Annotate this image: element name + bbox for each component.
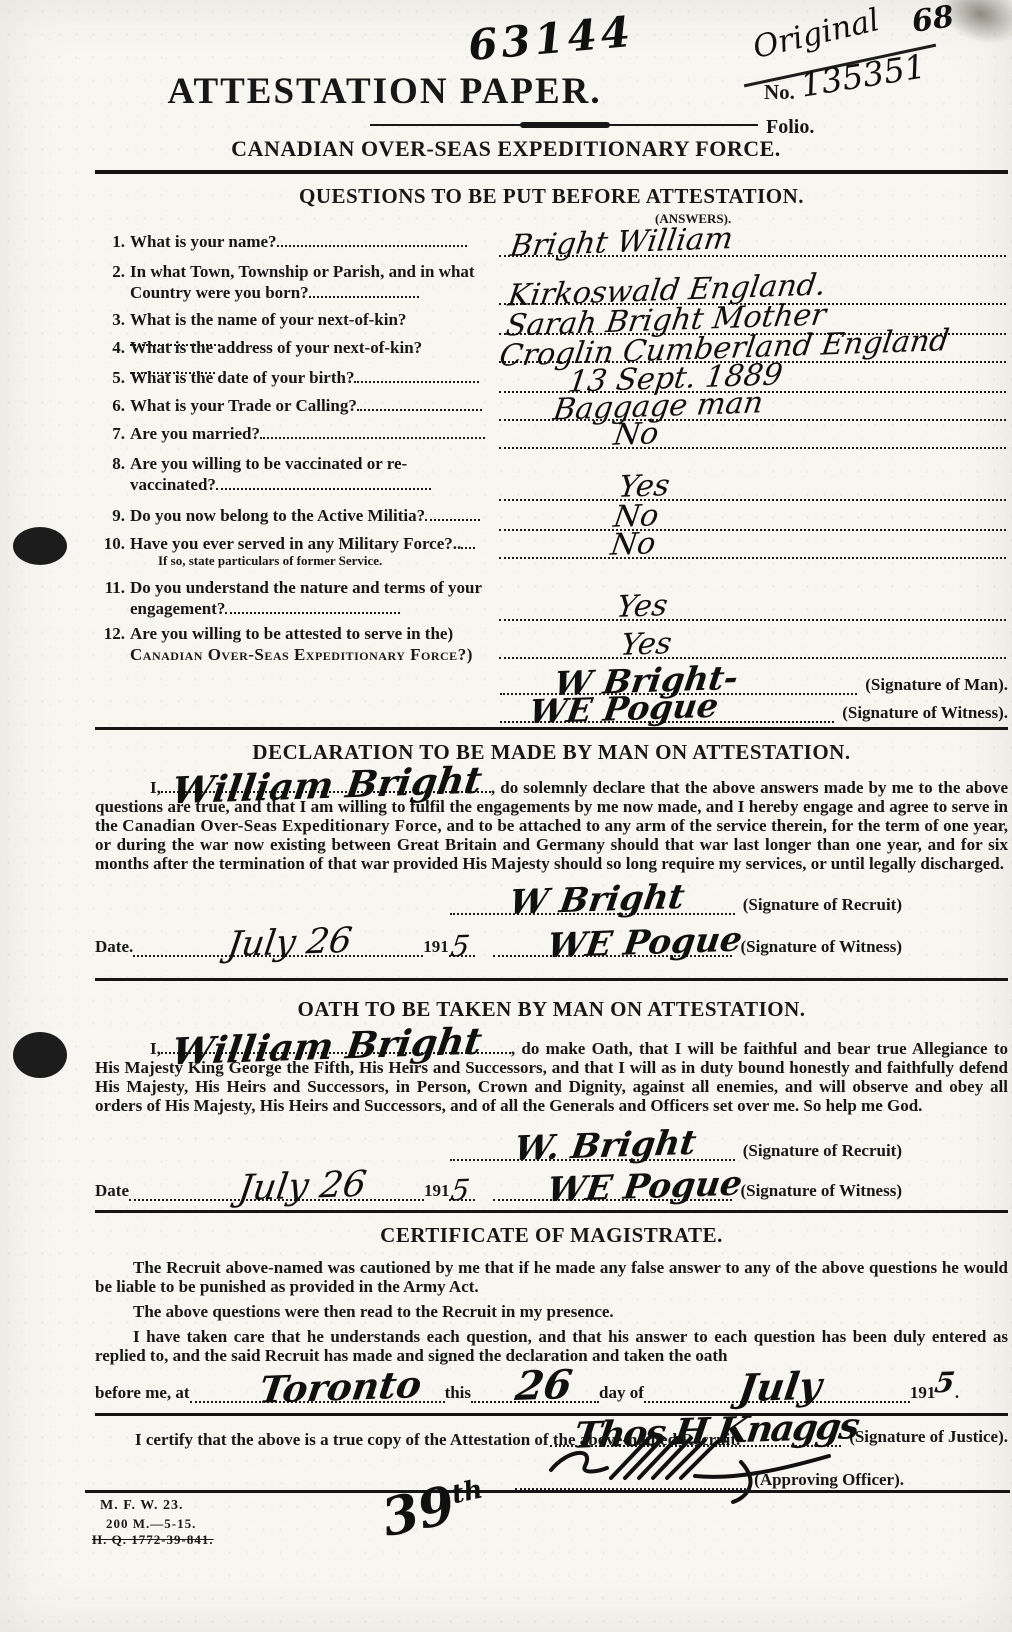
footer-rule bbox=[85, 1490, 1010, 1493]
question-text: What is the date of your birth? bbox=[130, 368, 354, 387]
declaration-paragraph: I,William Bright, do solemnly declare th… bbox=[95, 777, 1008, 873]
question-cell: 9.Do you now belong to the Active Militi… bbox=[95, 505, 493, 526]
dotted-leader bbox=[225, 599, 400, 614]
section-rule bbox=[95, 978, 1008, 981]
witness-signature-label: (Signature of Witness). bbox=[842, 703, 1008, 723]
lead-i: I, bbox=[95, 778, 161, 797]
dotted-leader bbox=[277, 232, 467, 247]
handwritten-regimental-number: 135351 bbox=[798, 46, 929, 104]
certificate-p2-text: The above questions were then read to th… bbox=[133, 1302, 614, 1321]
handwritten-date: July 26 bbox=[225, 921, 355, 965]
handwritten-answer: Yes bbox=[618, 626, 674, 663]
question-text: What is your Trade or Calling? bbox=[130, 396, 357, 415]
recruit-signature-line[interactable]: W. Bright bbox=[450, 1135, 735, 1161]
question-cell: 6.What is your Trade or Calling? bbox=[95, 395, 493, 416]
handwritten-answer: Bright William bbox=[508, 221, 735, 264]
handwritten-month: July bbox=[735, 1363, 824, 1411]
question-row: 9.Do you now belong to the Active Militi… bbox=[95, 505, 1008, 533]
recruit-signature: W. Bright bbox=[512, 1123, 699, 1169]
oath-paragraph: I,William Bright, do make Oath, that I w… bbox=[95, 1038, 1008, 1115]
answer-dotted-line bbox=[499, 499, 1006, 501]
certificate-p3: I have taken care that he understands ea… bbox=[95, 1327, 1008, 1365]
no-label: No. bbox=[764, 80, 795, 105]
witness-signature-line[interactable]: WE Pogue bbox=[500, 697, 834, 723]
year-printed: 191 bbox=[424, 1181, 450, 1201]
question-cell: 7.Are you married? bbox=[95, 423, 493, 444]
question-cell: 8.Are you willing to be vaccinated or re… bbox=[95, 453, 493, 495]
questions-list: 1.What is your name? Bright William 2.In… bbox=[95, 231, 1008, 667]
handwritten-answer: No bbox=[608, 526, 658, 563]
certify-section: I certify that the above is a true copy … bbox=[95, 1413, 1008, 1490]
question-row: 10.Have you ever served in any Military … bbox=[95, 533, 1008, 577]
question-text: What is your name? bbox=[130, 232, 277, 251]
question-note: If so, state particulars of former Servi… bbox=[158, 554, 493, 568]
this-label: this bbox=[445, 1383, 471, 1403]
question-row: 4.What is the address of your next-of-ki… bbox=[95, 337, 1008, 367]
dotted-leader bbox=[216, 475, 431, 490]
question-number: 4. bbox=[95, 337, 125, 358]
print-run-code: 200 M.—5-15. bbox=[106, 1516, 196, 1532]
force-name-bold: Canadian Over-Seas Expeditionary Force, bbox=[122, 816, 442, 835]
certificate-p2: The above questions were then read to th… bbox=[95, 1302, 1008, 1321]
question-number: 5. bbox=[95, 367, 125, 388]
questions-section: QUESTIONS TO BE PUT BEFORE ATTESTATION. … bbox=[95, 170, 1008, 723]
certificate-blanks-row: before me, at Toronto this 26 day of Jul… bbox=[95, 1373, 1008, 1403]
recruit-signature: W Bright bbox=[507, 877, 687, 923]
declaration-date-row: Date. July 26 191 5 WE Pogue (Signature … bbox=[95, 931, 1008, 957]
answer-dotted-line bbox=[499, 557, 1006, 559]
date-label: Date bbox=[95, 1181, 129, 1201]
certificate-heading: CERTIFICATE OF MAGISTRATE. bbox=[95, 1223, 1008, 1248]
year-line[interactable]: 5 bbox=[449, 1177, 475, 1201]
dotted-leader bbox=[425, 506, 480, 521]
approving-signature-line[interactable] bbox=[515, 1464, 746, 1490]
witness-signature-row: WE Pogue (Signature of Witness). bbox=[95, 695, 1008, 723]
question-number: 12. bbox=[95, 623, 125, 644]
year-printed: 191 bbox=[423, 937, 449, 957]
dotted-leader bbox=[357, 396, 482, 411]
form-code: M. F. W. 23. bbox=[100, 1498, 183, 1514]
day-line[interactable]: 26 bbox=[471, 1379, 599, 1403]
period: . bbox=[955, 1383, 959, 1403]
handwritten-answer: No bbox=[611, 416, 661, 453]
oath-heading: OATH TO BE TAKEN BY MAN ON ATTESTATION. bbox=[95, 997, 1008, 1022]
question-number: 3. bbox=[95, 309, 125, 330]
witness-signature-line[interactable]: WE Pogue bbox=[493, 1177, 732, 1201]
question-cell: 1.What is your name? bbox=[95, 231, 493, 252]
document-header: 63144 68 Original ATTESTATION PAPER. No.… bbox=[0, 0, 1012, 170]
question-row: 12.Are you willing to be attested to ser… bbox=[95, 623, 1008, 667]
question-text: What is the name of your next-of-kin? bbox=[130, 310, 406, 329]
section-rule bbox=[95, 727, 1008, 730]
question-cell: 12.Are you willing to be attested to ser… bbox=[95, 623, 493, 665]
question-cell: 5.What is the date of your birth? bbox=[95, 367, 493, 388]
place-line[interactable]: Toronto bbox=[190, 1379, 445, 1403]
recruit-signature-label: (Signature of Recruit) bbox=[743, 895, 902, 915]
question-text: What is the address of your next-of-kin? bbox=[130, 338, 422, 357]
oath-name-line[interactable]: William Bright bbox=[161, 1038, 511, 1054]
question-number: 11. bbox=[95, 577, 125, 598]
handwritten-year-digit: 5 bbox=[448, 929, 471, 964]
approving-signature-row: (Approving Officer). bbox=[95, 1460, 1008, 1490]
section-rule bbox=[95, 1210, 1008, 1213]
question-row: 8.Are you willing to be vaccinated or re… bbox=[95, 453, 1008, 505]
day-of-label: day of bbox=[599, 1383, 644, 1403]
declaration-name-line[interactable]: William Bright bbox=[161, 777, 491, 793]
oath-section: OATH TO BE TAKEN BY MAN ON ATTESTATION. … bbox=[95, 978, 1008, 1201]
attestation-paper-scan: 63144 68 Original ATTESTATION PAPER. No.… bbox=[0, 0, 1012, 1632]
dotted-leader bbox=[354, 368, 479, 383]
question-number: 9. bbox=[95, 505, 125, 526]
before-me-label: before me, at bbox=[95, 1383, 190, 1403]
handwritten-date: July 26 bbox=[236, 1164, 369, 1209]
question-text: Are you willing to be attested to serve … bbox=[130, 624, 453, 643]
question-text: Have you ever served in any Military For… bbox=[130, 534, 461, 553]
witness-signature: WE Pogue bbox=[544, 920, 744, 967]
witness-signature-line[interactable]: WE Pogue bbox=[493, 933, 733, 957]
witness-signature: WE Pogue bbox=[527, 686, 721, 732]
question-row: 2.In what Town, Township or Parish, and … bbox=[95, 261, 1008, 309]
force-subtitle: CANADIAN OVER-SEAS EXPEDITIONARY FORCE. bbox=[0, 136, 1012, 162]
oath-date-row: Date July 26 191 5 WE Pogue (Signature o… bbox=[95, 1175, 1008, 1201]
question-cell: 11.Do you understand the nature and term… bbox=[95, 577, 493, 619]
unit-number-suffix: th bbox=[449, 1474, 485, 1510]
declaration-recruit-signature-row: W Bright (Signature of Recruit) bbox=[95, 887, 1008, 915]
year-line[interactable]: 5 bbox=[449, 933, 475, 957]
dotted-leader bbox=[260, 424, 485, 439]
certificate-p1: The Recruit above-named was cautioned by… bbox=[95, 1258, 1008, 1296]
declaration-heading: DECLARATION TO BE MADE BY MAN ON ATTESTA… bbox=[95, 740, 1008, 765]
witness-signature-label: (Signature of Witness) bbox=[740, 937, 902, 957]
question-cell: 2.In what Town, Township or Parish, and … bbox=[95, 261, 493, 303]
recruit-signature-line[interactable]: W Bright bbox=[450, 889, 735, 915]
unit-number: 39 bbox=[377, 1474, 460, 1549]
question-text: In what Town, Township or Parish, and in… bbox=[130, 262, 475, 302]
date-line[interactable]: July 26 bbox=[129, 1177, 424, 1201]
man-signature-label: (Signature of Man). bbox=[865, 675, 1008, 695]
certificate-p1-text: The Recruit above-named was cautioned by… bbox=[95, 1258, 1008, 1296]
question-number: 6. bbox=[95, 395, 125, 416]
handwritten-declarant-name: William Bright bbox=[171, 771, 483, 801]
handwritten-corner-number: 68 bbox=[910, 0, 956, 40]
question-text: Do you now belong to the Active Militia? bbox=[130, 506, 425, 525]
recruit-signature-label: (Signature of Recruit) bbox=[743, 1141, 902, 1161]
handwritten-oath-name: William Bright bbox=[171, 1032, 483, 1062]
hole-punch-top bbox=[13, 527, 67, 565]
declaration-section: DECLARATION TO BE MADE BY MAN ON ATTESTA… bbox=[95, 727, 1008, 957]
handwritten-day: 26 bbox=[513, 1361, 576, 1410]
question-number: 1. bbox=[95, 231, 125, 252]
date-label: Date. bbox=[95, 937, 133, 957]
witness-signature-label: (Signature of Witness) bbox=[740, 1181, 902, 1201]
year-printed: 191 bbox=[910, 1383, 936, 1403]
lead-i: I, bbox=[95, 1039, 161, 1058]
oath-recruit-signature-row: W. Bright (Signature of Recruit) bbox=[95, 1133, 1008, 1161]
question-number: 2. bbox=[95, 261, 125, 282]
question-text: Are you married? bbox=[130, 424, 260, 443]
dotted-leader bbox=[461, 534, 475, 549]
question-number: 7. bbox=[95, 423, 125, 444]
question-row: 1.What is your name? Bright William bbox=[95, 231, 1008, 261]
certificate-section: CERTIFICATE OF MAGISTRATE. The Recruit a… bbox=[95, 1210, 1008, 1447]
answer-dotted-line bbox=[499, 619, 1006, 621]
handwritten-year-digit: 5 bbox=[933, 1366, 957, 1400]
handwritten-answer: Yes bbox=[614, 588, 670, 625]
handwritten-place: Toronto bbox=[256, 1362, 424, 1412]
witness-signature: WE Pogue bbox=[545, 1164, 745, 1211]
answer-dotted-line bbox=[499, 447, 1006, 449]
question-number: 8. bbox=[95, 453, 125, 474]
question-cell: 10.Have you ever served in any Military … bbox=[95, 533, 493, 568]
hole-punch-bottom bbox=[13, 1032, 67, 1078]
answer-dotted-line bbox=[499, 529, 1006, 531]
question-row: 6.What is your Trade or Calling? Baggage… bbox=[95, 395, 1008, 423]
question-row: 11.Do you understand the nature and term… bbox=[95, 577, 1008, 623]
page-title: ATTESTATION PAPER. bbox=[0, 70, 769, 113]
handwritten-year-digit: 5 bbox=[449, 1173, 472, 1208]
section-rule bbox=[95, 1413, 1008, 1416]
certificate-p3-text: I have taken care that he understands ea… bbox=[95, 1327, 1008, 1365]
title-underline-flourish bbox=[370, 124, 758, 126]
handwritten-serial-scribble: 63144 bbox=[466, 7, 636, 70]
dotted-leader bbox=[309, 283, 419, 298]
month-line[interactable]: July bbox=[644, 1379, 910, 1403]
questions-heading: QUESTIONS TO BE PUT BEFORE ATTESTATION. bbox=[95, 184, 1008, 209]
date-line[interactable]: July 26 bbox=[133, 933, 423, 957]
question-number: 10. bbox=[95, 533, 125, 554]
section-rule bbox=[95, 170, 1008, 174]
hq-code: H. Q. 1772-39-841. bbox=[92, 1532, 214, 1548]
question-text-line2: Canadian Over-Seas Expeditionary Force?) bbox=[130, 644, 493, 665]
answer-dotted-line bbox=[499, 657, 1006, 659]
